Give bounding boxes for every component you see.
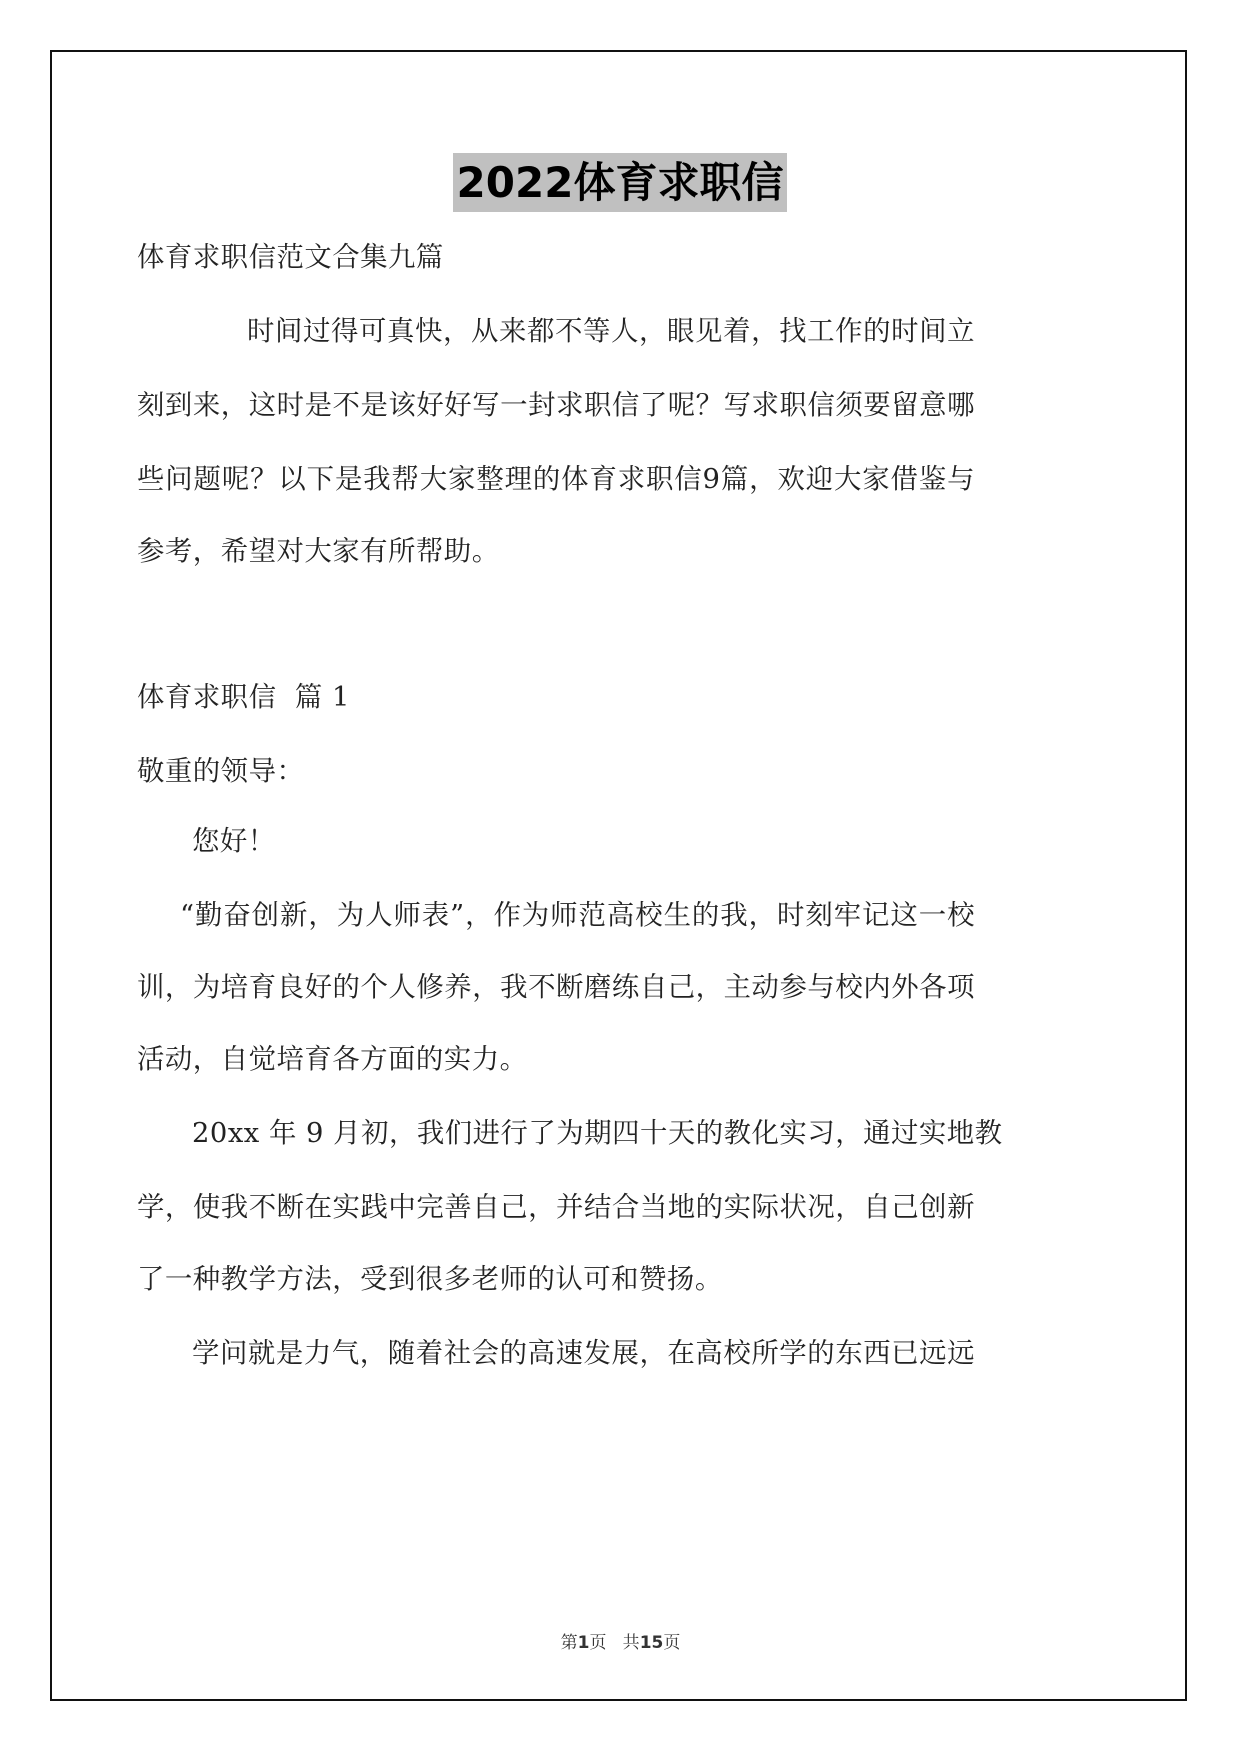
greeting: 您好！ — [192, 824, 1030, 860]
section-heading: 体育求职信 篇 1 — [137, 680, 975, 716]
intro-line-3: 些问题呢？以下是我帮大家整理的体育求职信9篇，欢迎大家借鉴与 — [137, 462, 975, 498]
page-current: 1 — [578, 1633, 590, 1653]
document-title: 2022体育求职信 — [453, 153, 787, 212]
intro-line-1: 时间过得可真快，从来都不等人，眼见着，找工作的时间立 — [247, 314, 975, 350]
document-subtitle: 体育求职信范文合集九篇 — [137, 240, 975, 276]
page-suffix: 页 — [663, 1633, 680, 1653]
body-line-7: 学问就是力气，随着社会的高速发展，在高校所学的东西已远远 — [192, 1336, 975, 1372]
body-line-1: “勤奋创新，为人师表”，作为师范高校生的我，时刻牢记这一校 — [180, 898, 975, 934]
intro-line-2: 刻到来，这时是不是该好好写一封求职信了呢？写求职信须要留意哪 — [137, 388, 975, 424]
body-line-5: 学，使我不断在实践中完善自己，并结合当地的实际状况，自己创新 — [137, 1190, 975, 1226]
salutation: 敬重的领导： — [137, 754, 975, 790]
page-prefix: 第 — [561, 1633, 578, 1653]
body-line-6: 了一种教学方法，受到很多老师的认可和赞扬。 — [137, 1262, 975, 1298]
page-mid: 页 共 — [589, 1633, 639, 1653]
page-total: 15 — [640, 1633, 664, 1653]
body-line-2: 训，为培育良好的个人修养，我不断磨练自己，主动参与校内外各项 — [137, 970, 975, 1006]
page-footer: 第1页 共15页 — [0, 1628, 1241, 1653]
body-line-4: 20xx 年 9 月初，我们进行了为期四十天的教化实习，通过实地教 — [192, 1116, 975, 1152]
body-line-3: 活动，自觉培育各方面的实力。 — [137, 1042, 975, 1078]
intro-line-4: 参考，希望对大家有所帮助。 — [137, 534, 975, 570]
page-border — [50, 50, 1187, 1701]
